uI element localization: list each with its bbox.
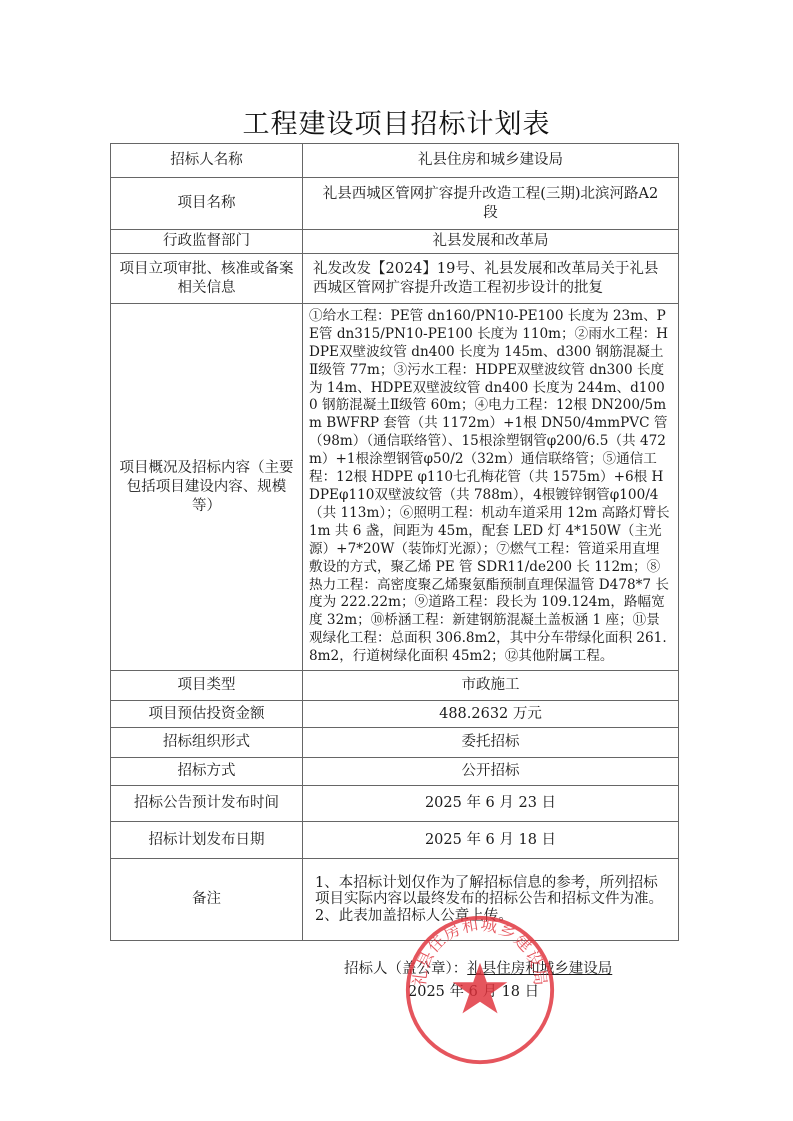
row-label: 项目类型 [111, 671, 303, 701]
remark-note-1: 1、本招标计划仅作为了解招标信息的参考，所列招标项目实际内容以最终发布的招标公告… [315, 875, 666, 908]
table-row-approval-info: 项目立项审批、核准或备案相关信息 礼发改发【2024】19号、礼县发展和改革局关… [111, 254, 679, 304]
row-value: 488.2632 万元 [303, 701, 679, 728]
row-label: 项目预估投资金额 [111, 701, 303, 728]
table-row-investment: 项目预估投资金额 488.2632 万元 [111, 701, 679, 728]
table-row-tenderer: 招标人名称 礼县住房和城乡建设局 [111, 144, 679, 178]
row-value: 公开招标 [303, 758, 679, 786]
bidding-plan-table: 招标人名称 礼县住房和城乡建设局 项目名称 礼县西城区管网扩容提升改造工程(三期… [110, 143, 679, 941]
row-label: 备注 [111, 859, 303, 941]
row-value: 礼县西城区管网扩容提升改造工程(三期)北滨河路A2段 [303, 178, 679, 230]
row-value: 礼县发展和改革局 [303, 230, 679, 254]
table-row-project-overview: 项目概况及招标内容（主要包括项目建设内容、规模等） ①给水工程：PE管 dn16… [111, 304, 679, 671]
row-label: 项目名称 [111, 178, 303, 230]
table-row-project-type: 项目类型 市政施工 [111, 671, 679, 701]
row-value: 委托招标 [303, 728, 679, 758]
seal-icon: 礼县住房和城乡建设局 [402, 912, 558, 1068]
table-row-bidding-method: 招标方式 公开招标 [111, 758, 679, 786]
row-label: 招标人名称 [111, 144, 303, 178]
row-label: 行政监督部门 [111, 230, 303, 254]
table-row-supervision-dept: 行政监督部门 礼县发展和改革局 [111, 230, 679, 254]
row-value: 礼发改发【2024】19号、礼县发展和改革局关于礼县西城区管网扩容提升改造工程初… [303, 254, 679, 304]
row-value: ①给水工程：PE管 dn160/PN10-PE100 长度为 23m、PE管 d… [303, 304, 679, 671]
table-row-project-name: 项目名称 礼县西城区管网扩容提升改造工程(三期)北滨河路A2段 [111, 178, 679, 230]
row-value: 2025 年 6 月 18 日 [303, 822, 679, 859]
row-label: 项目立项审批、核准或备案相关信息 [111, 254, 303, 304]
row-value: 2025 年 6 月 23 日 [303, 786, 679, 822]
row-label: 招标公告预计发布时间 [111, 786, 303, 822]
official-seal-stamp: 礼县住房和城乡建设局 [402, 912, 558, 1068]
row-label: 招标组织形式 [111, 728, 303, 758]
table-row-remarks: 备注 1、本招标计划仅作为了解招标信息的参考，所列招标项目实际内容以最终发布的招… [111, 859, 679, 941]
row-value: 市政施工 [303, 671, 679, 701]
table-row-announcement-date: 招标公告预计发布时间 2025 年 6 月 23 日 [111, 786, 679, 822]
document-title: 工程建设项目招标计划表 [0, 102, 793, 141]
row-label: 招标方式 [111, 758, 303, 786]
row-label: 招标计划发布日期 [111, 822, 303, 859]
row-label: 项目概况及招标内容（主要包括项目建设内容、规模等） [111, 304, 303, 671]
table-row-organization-form: 招标组织形式 委托招标 [111, 728, 679, 758]
table-row-plan-date: 招标计划发布日期 2025 年 6 月 18 日 [111, 822, 679, 859]
row-value: 礼县住房和城乡建设局 [303, 144, 679, 178]
